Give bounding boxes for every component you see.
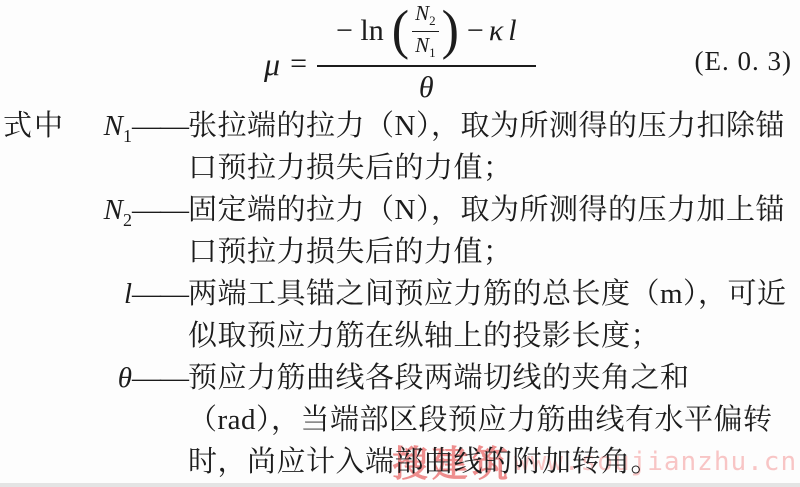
definition-row-n1: N1 —— 张拉端的拉力（N），取为所测得的压力扣除锚口预拉力损失后的力值； bbox=[0, 105, 800, 189]
n1-subscript: 1 bbox=[429, 45, 436, 60]
formula-equals-sign: = bbox=[290, 47, 307, 81]
definitions-list: 式中 N1 —— 张拉端的拉力（N），取为所测得的压力扣除锚口预拉力损失后的力值… bbox=[0, 105, 800, 483]
minus-ln-operator: − ln bbox=[336, 14, 384, 48]
term-theta-base: θ bbox=[118, 362, 132, 394]
term-n2-subscript: 2 bbox=[123, 210, 132, 230]
definition-text-n1: 张拉端的拉力（N），取为所测得的压力扣除锚口预拉力损失后的力值； bbox=[188, 105, 794, 189]
definition-text-n2: 固定端的拉力（N），取为所测得的压力加上锚口预拉力损失后的力值； bbox=[188, 189, 794, 273]
equation-number: (E. 0. 3) bbox=[695, 46, 792, 77]
definition-row-n2: N2 —— 固定端的拉力（N），取为所测得的压力加上锚口预拉力损失后的力值； bbox=[0, 189, 800, 273]
definition-text-theta: 预应力筋曲线各段两端切线的夹角之和（rad），当端部区段预应力筋曲线有水平偏转时… bbox=[188, 357, 794, 483]
term-n1-base: N bbox=[104, 110, 123, 142]
kappa-symbol: κ bbox=[489, 14, 503, 48]
theta-symbol: θ bbox=[419, 71, 434, 104]
term-n2-base: N bbox=[104, 194, 123, 226]
formula-block: μ = − ln ( N2 N1 ) − κ l θ (E. 0. 3) bbox=[0, 0, 800, 104]
formula-mu-symbol: μ bbox=[264, 46, 280, 83]
inner-fraction-n2-n1: N2 N1 bbox=[412, 2, 439, 60]
formula-numerator: − ln ( N2 N1 ) − κ l bbox=[317, 2, 536, 67]
definition-dash: —— bbox=[132, 105, 188, 147]
minus-operator: − bbox=[467, 14, 484, 48]
definition-dash: —— bbox=[132, 189, 188, 231]
where-label: 式中 bbox=[3, 105, 65, 147]
formula-denominator: θ bbox=[419, 67, 434, 105]
formula-equation: μ = − ln ( N2 N1 ) − κ l θ bbox=[264, 2, 536, 105]
n2-base: N bbox=[415, 1, 429, 25]
document-page: μ = − ln ( N2 N1 ) − κ l θ (E. 0. 3) bbox=[0, 0, 800, 487]
term-l: l bbox=[0, 273, 132, 325]
n1-base: N bbox=[415, 33, 429, 57]
inner-denominator-n1: N1 bbox=[415, 32, 436, 60]
term-l-base: l bbox=[124, 278, 132, 310]
term-n1-subscript: 1 bbox=[123, 126, 132, 146]
term-n2: N2 bbox=[0, 189, 132, 241]
definition-text-l: 两端工具锚之间预应力筋的总长度（m），可近似取预应力筋在纵轴上的投影长度； bbox=[188, 273, 794, 357]
term-theta: θ bbox=[0, 357, 132, 409]
definition-row-l: l —— 两端工具锚之间预应力筋的总长度（m），可近似取预应力筋在纵轴上的投影长… bbox=[0, 273, 800, 357]
formula-fraction: − ln ( N2 N1 ) − κ l θ bbox=[317, 2, 536, 105]
length-symbol: l bbox=[508, 14, 516, 48]
definition-row-theta: θ —— 预应力筋曲线各段两端切线的夹角之和（rad），当端部区段预应力筋曲线有… bbox=[0, 357, 800, 483]
definition-dash: —— bbox=[132, 357, 188, 399]
inner-numerator-n2: N2 bbox=[412, 2, 439, 32]
n2-subscript: 2 bbox=[429, 13, 436, 28]
definition-dash: —— bbox=[132, 273, 188, 315]
